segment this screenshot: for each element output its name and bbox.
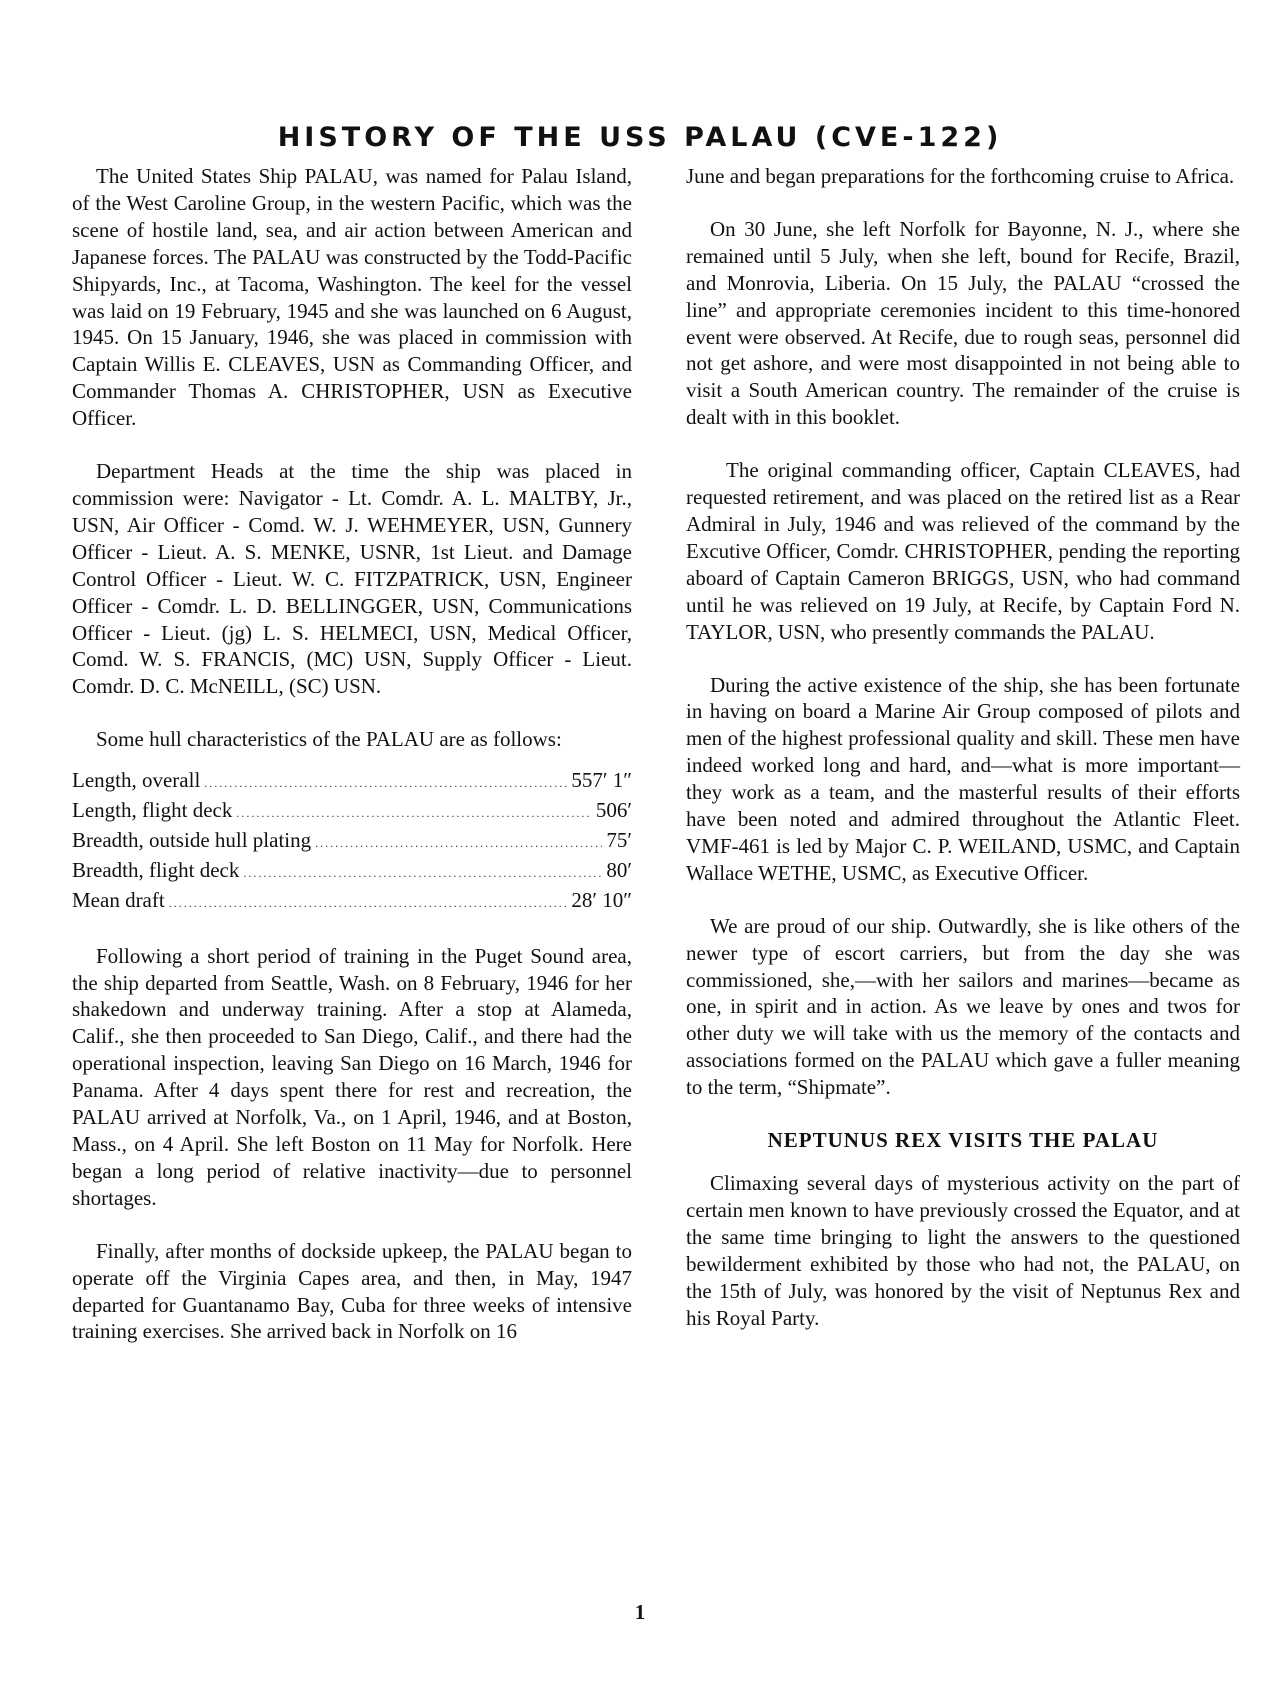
spec-label: Length, flight deck: [72, 797, 232, 824]
spec-label: Breadth, outside hull plating: [72, 827, 311, 854]
paragraph-department-heads: Department Heads at the time the ship wa…: [72, 458, 632, 700]
dot-leader: [243, 860, 602, 887]
spec-row: Length, flight deck 506′: [72, 797, 632, 827]
dot-leader: [236, 800, 592, 827]
spec-row: Breadth, outside hull plating 75′: [72, 827, 632, 857]
paragraph-proud-of-ship: We are proud of our ship. Outwardly, she…: [686, 913, 1240, 1101]
spec-label: Mean draft: [72, 887, 165, 914]
dot-leader: [204, 770, 567, 797]
paragraph-command-changes: The original commanding officer, Captain…: [686, 457, 1240, 645]
spec-label: Length, overall: [72, 767, 200, 794]
spec-value: 506′: [596, 797, 632, 824]
section-heading-neptunus-rex: NEPTUNUS REX VISITS THE PALAU: [686, 1127, 1240, 1154]
spec-label: Breadth, flight deck: [72, 857, 239, 884]
left-column: The United States Ship PALAU, was named …: [72, 163, 632, 1371]
spec-value: 80′: [606, 857, 632, 884]
hull-characteristics-list: Length, overall 557′ 1″ Length, flight d…: [72, 767, 632, 917]
paragraph-marine-air-group: During the active existence of the ship,…: [686, 672, 1240, 887]
paragraph-naming-and-construction: The United States Ship PALAU, was named …: [72, 163, 632, 432]
paragraph-hull-intro: Some hull characteristics of the PALAU a…: [72, 726, 632, 753]
spec-row: Mean draft 28′ 10″: [72, 887, 632, 917]
paragraph-virginia-capes: Finally, after months of dockside upkeep…: [72, 1238, 632, 1346]
paragraph-neptunus-rex-visit: Climaxing several days of mysterious act…: [686, 1170, 1240, 1331]
spec-row: Breadth, flight deck 80′: [72, 857, 632, 887]
spec-value: 28′ 10″: [571, 887, 632, 914]
page-title: HISTORY OF THE USS PALAU (CVE-122): [0, 122, 1280, 153]
spec-value: 75′: [606, 827, 632, 854]
paragraph-cruise-to-recife: On 30 June, she left Norfolk for Bayonne…: [686, 216, 1240, 431]
spec-value: 557′ 1″: [571, 767, 632, 794]
paragraph-shakedown-training: Following a short period of training in …: [72, 943, 632, 1212]
dot-leader: [169, 890, 568, 917]
right-column: June and began preparations for the fort…: [686, 163, 1240, 1357]
dot-leader: [315, 830, 602, 857]
paragraph-africa-preparations: June and began preparations for the fort…: [686, 163, 1240, 190]
spec-row: Length, overall 557′ 1″: [72, 767, 632, 797]
page-number: 1: [0, 1600, 1280, 1625]
